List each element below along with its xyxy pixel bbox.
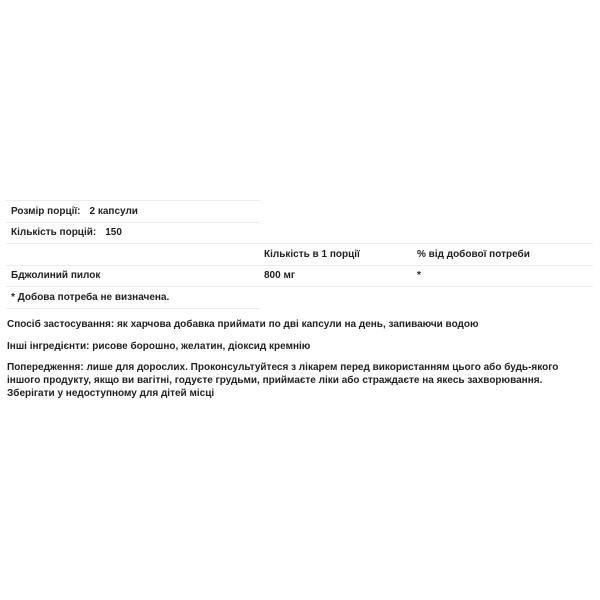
- serving-size-value: 2 капсули: [90, 206, 138, 217]
- ingredient-name: Бджолиний пилок: [11, 270, 100, 281]
- serving-size-row: Розмір порції: 2 капсули: [6, 200, 260, 223]
- table-header-row: Кількість в 1 порції % від добової потре…: [6, 243, 593, 266]
- servings-count-label: Кількість порцій:: [11, 227, 96, 238]
- warnings-text: Попередження: лише для дорослих. Проконс…: [7, 361, 592, 400]
- usage-text: Спосіб застосування: як харчова добавка …: [7, 318, 592, 331]
- serving-size-label: Розмір порції:: [11, 206, 81, 217]
- servings-count-value: 150: [105, 227, 122, 238]
- table-row: Бджолиний пилок 800 мг *: [6, 265, 593, 287]
- ingredient-daily-value: *: [417, 270, 421, 281]
- ingredients-text: Інші інгредієнти: рисове борошно, желати…: [7, 340, 592, 353]
- header-amount: Кількість в 1 порції: [264, 249, 360, 260]
- footnote: * Добова потреба не визначена.: [11, 292, 169, 303]
- servings-count-row: Кількість порцій: 150: [6, 222, 260, 244]
- footnote-row: * Добова потреба не визначена.: [6, 287, 260, 309]
- header-daily-value: % від добової потреби: [417, 249, 530, 260]
- ingredient-amount: 800 мг: [264, 270, 295, 281]
